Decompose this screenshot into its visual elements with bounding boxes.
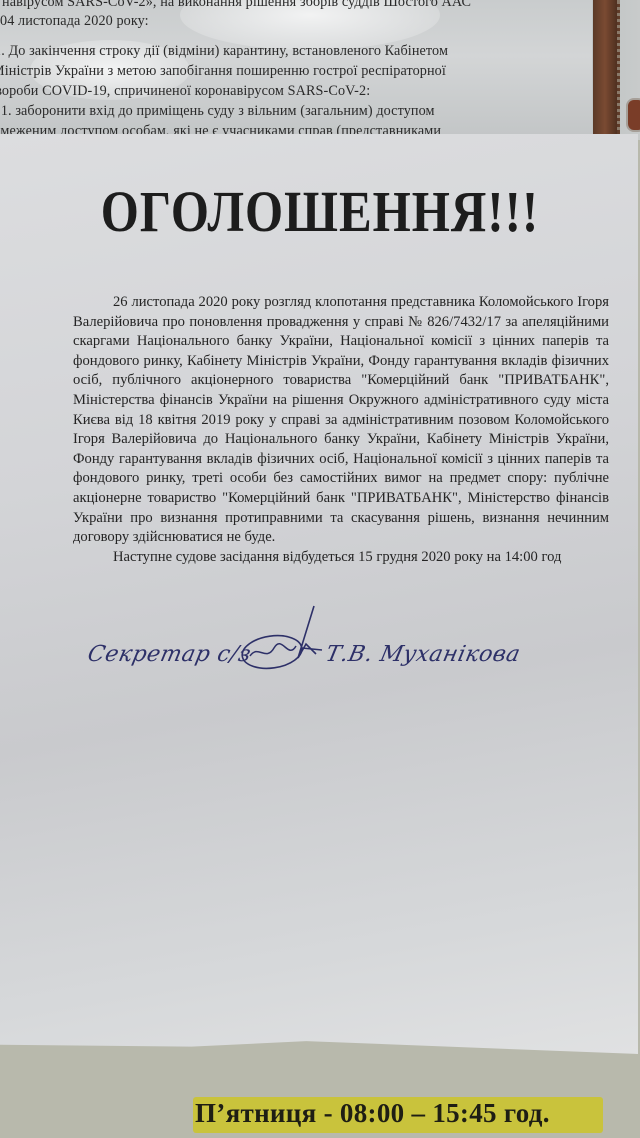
notice-body: 26 листопада 2020 року розгляд клопотанн… bbox=[73, 293, 609, 567]
signature-role: Секретар с/з bbox=[85, 642, 253, 667]
frame-rail bbox=[593, 0, 620, 138]
back-sheet-line: навірусом SARS-CoV-2», на виконання ріше… bbox=[2, 0, 471, 11]
notice-title: ОГОЛОШЕННЯ!!! bbox=[0, 178, 640, 245]
back-sheet-line: 04 листопада 2020 року: bbox=[0, 13, 149, 30]
signature-name: Т.В. Муханікова bbox=[323, 642, 522, 667]
handwritten-signature-icon bbox=[236, 604, 326, 684]
signature-block: Секретар с/з Т.В. Муханікова bbox=[88, 604, 538, 694]
working-hours-text: П’ятниця - 08:00 – 15:45 год. bbox=[195, 1098, 550, 1129]
frame-slot bbox=[626, 98, 640, 132]
back-sheet-line: Міністрів України з метою запобігання по… bbox=[0, 63, 446, 80]
background-notice-sheet: навірусом SARS-CoV-2», на виконання ріше… bbox=[0, 0, 592, 140]
working-hours-highlight: П’ятниця - 08:00 – 15:45 год. bbox=[193, 1097, 603, 1133]
notice-paragraph-main: 26 листопада 2020 року розгляд клопотанн… bbox=[73, 293, 609, 548]
back-sheet-line: 1.1. заборонити вхід до приміщень суду з… bbox=[0, 103, 435, 120]
notice-paragraph-next-hearing: Наступне судове засідання відбудеться 15… bbox=[73, 548, 609, 568]
board-frame bbox=[592, 0, 640, 140]
back-sheet-line: 1. До закінчення строку дії (відміни) ка… bbox=[0, 43, 448, 60]
back-sheet-line: хвороби COVID-19, спричиненої коронавіру… bbox=[0, 83, 370, 100]
notice-sheet: ОГОЛОШЕННЯ!!! 26 листопада 2020 року роз… bbox=[0, 134, 638, 1054]
